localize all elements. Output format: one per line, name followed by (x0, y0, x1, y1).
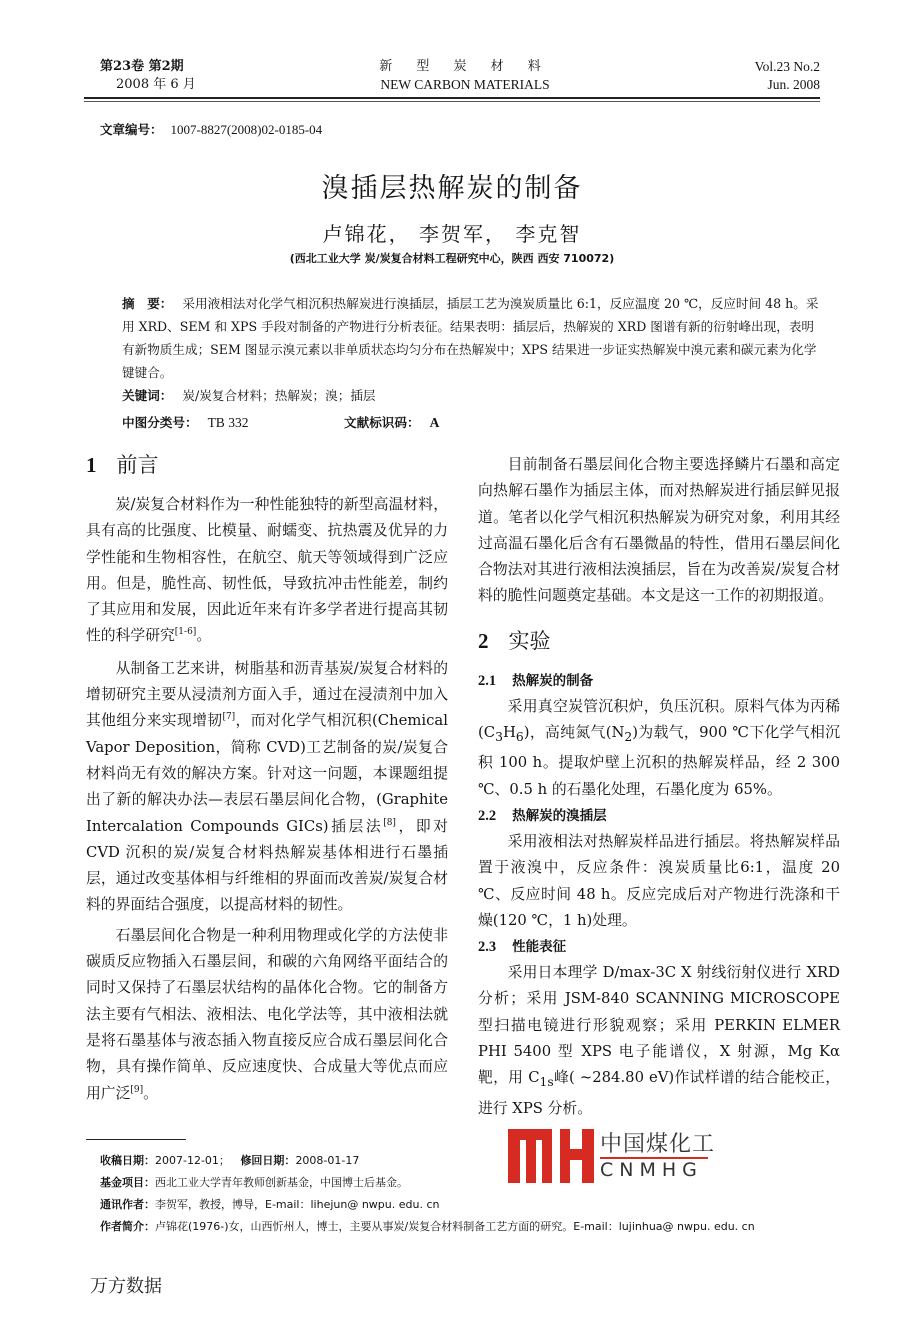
wanfang-watermark: 万方数据 (90, 1272, 162, 1298)
paragraph-4: 目前制备石墨层间化合物主要选择鳞片石墨和高定向热解石墨作为插层主体，而对热解炭进… (478, 452, 840, 610)
section-2-number: 2 (478, 629, 489, 653)
paragraph-3-text: 石墨层间化合物是一种利用物理或化学的方法使非碳质反应物插入石墨层间，和碳的六角网… (86, 927, 448, 1102)
citation-1-6[interactable]: [1-6] (175, 628, 197, 638)
running-header-right: Vol.23 No.2 Jun. 2008 (720, 58, 820, 94)
section-2-2-title: 热解炭的溴插层 (512, 808, 607, 824)
article-number: 文章编号：1007-8827(2008)02-0185-04 (100, 120, 322, 138)
bio-text[interactable]: 卢锦花(1976-)女，山西忻州人，博士，主要从事炭/炭复合材料制备工艺方面的研… (155, 1220, 755, 1233)
date-en: Jun. 2008 (720, 76, 820, 94)
classification-row: 中图分类号：TB 332 文献标识码：A (122, 411, 822, 434)
text: )，高纯氮气(N (524, 724, 625, 741)
section-1-heading: 1前言 (86, 450, 448, 480)
keywords-label: 关键词： (122, 388, 172, 403)
document-code-value: A (430, 415, 440, 430)
section-2-1-number: 2.1 (478, 673, 496, 689)
affiliation: (西北工业大学 炭/炭复合材料工程研究中心，陕西 西安 710072) (0, 250, 904, 266)
footnote-corresponding: 通讯作者：李贺军，教授，博导，E-mail：lihejun@ nwpu. edu… (100, 1194, 820, 1216)
footnotes: 收稿日期：2007-12-01； 修回日期：2008-01-17 基金项目：西北… (100, 1150, 820, 1238)
section-2-2-number: 2.2 (478, 808, 496, 824)
paragraph-2-1: 采用真空炭管沉积炉，负压沉积。原料气体为丙稀(C3H6)，高纯氮气(N2)为载气… (478, 694, 840, 803)
section-2-1-title: 热解炭的制备 (512, 673, 593, 689)
journal-name-cn: 新 型 炭 材 料 (340, 58, 590, 76)
clc-value: TB 332 (208, 415, 249, 430)
abstract-text: 采用液相法对化学气相沉积热解炭进行溴插层，插层工艺为溴炭质量比 6:1，反应温度… (122, 296, 818, 380)
paragraph-1-end: 。 (196, 627, 211, 644)
received-date: 2007-12-01； (155, 1154, 230, 1167)
running-header-left: 第23卷 第2期 2008 年 6 月 (100, 58, 196, 94)
document-code: 文献标识码：A (344, 411, 439, 434)
paragraph-2-2: 采用液相法对热解炭样品进行插层。将热解炭样品置于液溴中，反应条件：溴炭质量比6:… (478, 829, 840, 934)
section-2-heading: 2实验 (478, 626, 840, 656)
citation-9[interactable]: [9] (130, 1085, 143, 1095)
clc-label: 中图分类号： (122, 415, 198, 430)
document-code-label: 文献标识码： (344, 415, 420, 430)
paragraph-2-3: 采用日本理学 D/max-3C X 射线衍射仪进行 XRD 分析；采用 JSM-… (478, 960, 840, 1122)
left-column: 1前言 炭/炭复合材料作为一种性能独特的新型高温材料，具有高的比强度、比模量、耐… (86, 448, 448, 1107)
subscript: 6 (516, 730, 524, 744)
article-number-value: 1007-8827(2008)02-0185-04 (171, 122, 323, 137)
volume-issue-cn: 第23卷 第2期 (100, 58, 196, 76)
citation-7[interactable]: [7] (222, 712, 235, 722)
text: 采用日本理学 D/max-3C X 射线衍射仪进行 XRD 分析；采用 JSM-… (478, 964, 840, 1086)
authors: 卢锦花， 李贺军， 李克智 (0, 218, 904, 247)
article-number-label: 文章编号： (100, 122, 163, 137)
paragraph-2-text-b: ，而对化学气相沉积(Chemical Vapor Deposition，简称 C… (86, 712, 448, 834)
running-header-center: 新 型 炭 材 料 NEW CARBON MATERIALS (340, 58, 590, 94)
text: H (503, 724, 516, 741)
subscript: 1s (540, 1075, 554, 1089)
paragraph-3-end: 。 (143, 1085, 158, 1102)
footnote-dates: 收稿日期：2007-12-01； 修回日期：2008-01-17 (100, 1150, 820, 1172)
section-2-3-number: 2.3 (478, 939, 496, 955)
section-1-title: 前言 (117, 453, 159, 477)
subscript: 3 (495, 730, 503, 744)
section-2-2-heading: 2.2热解炭的溴插层 (478, 803, 840, 829)
footnote-bio: 作者简介：卢锦花(1976-)女，山西忻州人，博士，主要从事炭/炭复合材料制备工… (100, 1216, 820, 1238)
abstract: 摘 要：采用液相法对化学气相沉积热解炭进行溴插层，插层工艺为溴炭质量比 6:1，… (122, 292, 822, 407)
fund-text: 西北工业大学青年教师创新基金，中国博士后基金。 (155, 1176, 408, 1189)
corresponding-text[interactable]: 李贺军，教授，博导，E-mail：lihejun@ nwpu. edu. cn (155, 1198, 440, 1211)
keywords: 关键词：炭/炭复合材料；热解炭；溴；插层 (122, 384, 822, 407)
revised-date: 2008-01-17 (295, 1154, 359, 1167)
section-2-1-heading: 2.1热解炭的制备 (478, 668, 840, 694)
bio-label: 作者简介： (100, 1220, 155, 1233)
citation-8[interactable]: [8] (383, 818, 396, 828)
section-2-title: 实验 (509, 629, 551, 653)
section-2-3-heading: 2.3性能表征 (478, 934, 840, 960)
revised-label: 修回日期： (240, 1154, 295, 1167)
paragraph-3: 石墨层间化合物是一种利用物理或化学的方法使非碳质反应物插入石墨层间，和碳的六角网… (86, 923, 448, 1107)
fund-label: 基金项目： (100, 1176, 155, 1189)
footnote-fund: 基金项目：西北工业大学青年教师创新基金，中国博士后基金。 (100, 1172, 820, 1194)
journal-name-en: NEW CARBON MATERIALS (340, 76, 590, 94)
section-1-number: 1 (86, 453, 97, 477)
paragraph-1-text: 炭/炭复合材料作为一种性能独特的新型高温材料，具有高的比强度、比模量、耐蠕变、抗… (86, 496, 448, 644)
abstract-label: 摘 要： (122, 296, 172, 311)
paragraph-2: 从制备工艺来讲，树脂基和沥青基炭/炭复合材料的增韧研究主要从浸渍剂方面入手，通过… (86, 656, 448, 919)
paragraph-1: 炭/炭复合材料作为一种性能独特的新型高温材料，具有高的比强度、比模量、耐蠕变、抗… (86, 492, 448, 650)
footnote-rule (86, 1139, 186, 1140)
header-rule (84, 97, 820, 99)
date-cn: 2008 年 6 月 (100, 76, 196, 94)
right-column: 目前制备石墨层间化合物主要选择鳞片石墨和高定向热解石墨作为插层主体，而对热解炭进… (478, 452, 840, 1122)
keywords-text: 炭/炭复合材料；热解炭；溴；插层 (182, 388, 375, 403)
corresponding-label: 通讯作者： (100, 1198, 155, 1211)
header-rule-thin (84, 101, 820, 102)
received-label: 收稿日期： (100, 1154, 155, 1167)
volume-issue-en: Vol.23 No.2 (720, 58, 820, 76)
paper-title: 溴插层热解炭的制备 (0, 166, 904, 205)
section-2-3-title: 性能表征 (512, 939, 566, 955)
